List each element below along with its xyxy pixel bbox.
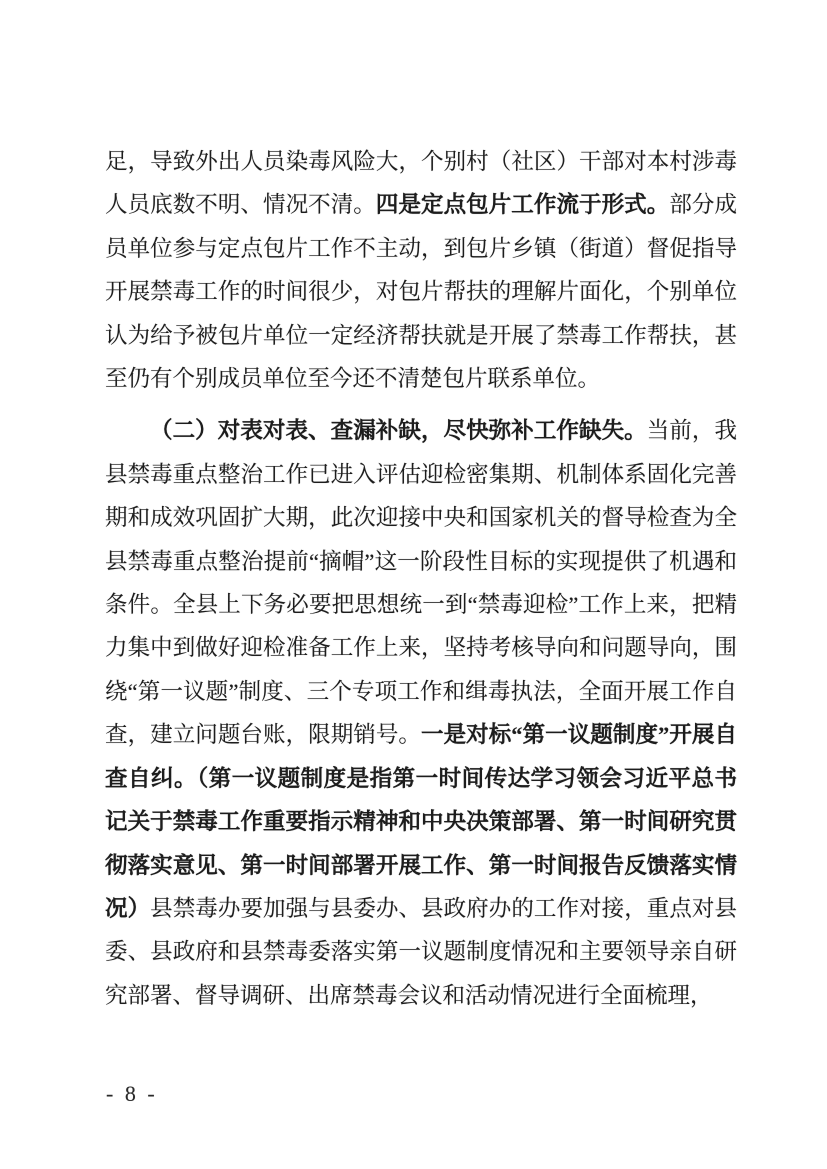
document-body: 足，导致外出人员染毒风险大，个别村（社区）干部对本村涉毒人员底数不明、情况不清。… <box>105 140 737 1017</box>
paragraph-2-run-4: 县禁毒办要加强与县委办、县政府办的工作对接，重点对县委、县政府和县禁毒委落实第一… <box>105 896 737 1008</box>
paragraph-2: （二）对表对表、查漏补缺，尽快弥补工作缺失。当前，我县禁毒重点整治工作已进入评估… <box>105 409 737 1017</box>
document-page: 足，导致外出人员染毒风险大，个别村（社区）干部对本村涉毒人员底数不明、情况不清。… <box>0 0 827 1169</box>
paragraph-1: 足，导致外出人员染毒风险大，个别村（社区）干部对本村涉毒人员底数不明、情况不清。… <box>105 140 737 400</box>
paragraph-2-heading-bold: （二）对表对表、查漏补缺，尽快弥补工作缺失。 <box>150 418 647 443</box>
paragraph-2-run-3-bold: 一是对标“第一议题制度”开展自查自纠。（第一议题制度是指第一时间传达学习领会习近… <box>105 722 737 921</box>
page-number: - 8 - <box>106 1081 158 1107</box>
paragraph-1-run-3: 部分成员单位参与定点包片工作不主动，到包片乡镇（街道）督促指导开展禁毒工作的时间… <box>105 192 737 391</box>
paragraph-1-run-2-bold: 四是定点包片工作流于形式。 <box>376 192 669 217</box>
paragraph-2-run-2: 当前，我县禁毒重点整治工作已进入评估迎检密集期、机制体系固化完善期和成效巩固扩大… <box>105 418 737 747</box>
